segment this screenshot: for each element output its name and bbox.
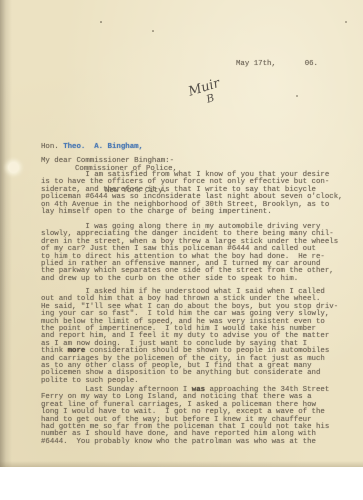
letter-page: May 17th, 06. Muir B Hon. Theo. A. Bingh…: [0, 0, 363, 467]
paragraph-1: I am satisfied from what I know of you t…: [41, 172, 343, 216]
typed-line: polite to such people.: [41, 378, 338, 385]
recipient-name: Theo. A. Bingham,: [63, 143, 143, 151]
typed-line: and drew up to the curb on the other sid…: [41, 276, 338, 283]
paragraph-3: I asked him if he understood what I said…: [41, 289, 338, 385]
ink-speck: [345, 21, 347, 23]
salutation: My dear Commissioner Bingham:-: [41, 158, 174, 165]
scanned-letter-screen: May 17th, 06. Muir B Hon. Theo. A. Bingh…: [0, 0, 363, 500]
ink-speck: [296, 95, 298, 97]
date-line: May 17th, 06.: [236, 61, 318, 68]
typed-line: #6444. You probably know who the patrolm…: [41, 439, 329, 446]
date-year: 06.: [305, 61, 318, 68]
page-left-edge-shadow: [0, 0, 12, 467]
ink-speck: [100, 21, 102, 23]
recipient-line-1: Hon. Theo. A. Bingham,: [41, 144, 177, 151]
paragraph-2: I was going along there in my automobile…: [41, 224, 338, 283]
typed-line: lay himself open to the charge of being …: [41, 209, 343, 216]
punch-hole: [8, 162, 19, 173]
date-month-day: May 17th,: [236, 61, 276, 68]
handwritten-annotation: Muir B: [187, 78, 225, 110]
ink-speck: [152, 30, 154, 32]
page-bottom-edge-shadow: [0, 461, 363, 467]
recipient-honorific: Hon.: [41, 143, 63, 151]
paragraph-4: Last Sunday afternoon I was approaching …: [41, 387, 329, 446]
